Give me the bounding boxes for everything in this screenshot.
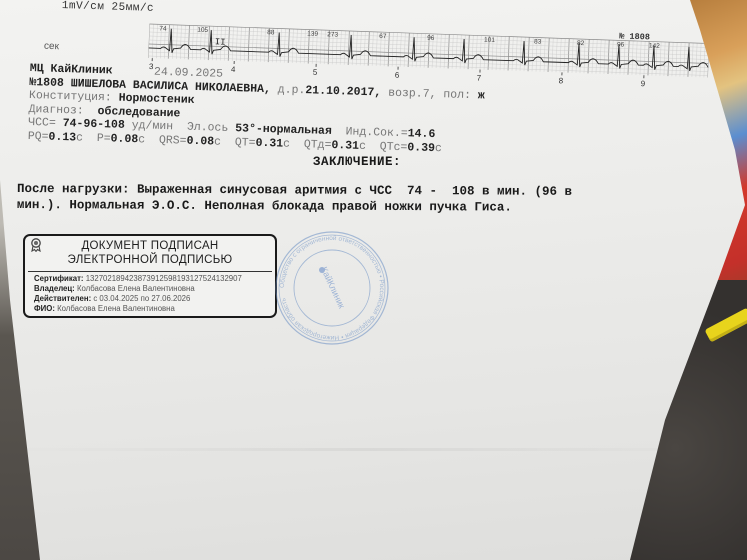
age: 7, bbox=[422, 87, 436, 100]
svg-text:96: 96 bbox=[427, 35, 435, 42]
validity-period: с 03.04.2025 по 27.06.2026 bbox=[93, 294, 190, 303]
electronic-signature-box: ДОКУМЕНТ ПОДПИСАН ЭЛЕКТРОННОЙ ПОДПИСЬЮ С… bbox=[23, 234, 277, 318]
svg-text:96: 96 bbox=[617, 41, 625, 48]
conclusion-line-2: мин.). Нормальная Э.О.С. Неполная блокад… bbox=[17, 197, 737, 217]
interval-qtд: QTд=0.31с bbox=[304, 138, 366, 153]
conclusion-title: ЗАКЛЮЧЕНИЕ: bbox=[313, 155, 401, 169]
conclusion-text: После нагрузки: Выраженная синусовая ари… bbox=[17, 181, 737, 217]
svg-text:101: 101 bbox=[484, 37, 495, 44]
interval-qtс: QTс=0.39с bbox=[380, 140, 442, 155]
svg-text:273: 273 bbox=[327, 31, 338, 38]
svg-text:82: 82 bbox=[577, 40, 585, 47]
svg-text:67: 67 bbox=[379, 33, 387, 40]
svg-text:105: 105 bbox=[197, 27, 208, 34]
paper-crease bbox=[0, 448, 747, 451]
clinic-stamp: Общество с ограниченной ответственностью… bbox=[272, 228, 392, 348]
signature-heading: ДОКУМЕНТ ПОДПИСАН ЭЛЕКТРОННОЙ ПОДПИСЬЮ bbox=[25, 239, 275, 267]
ecg-report-paper: 1mV/см 25мм/с 74105881392736796101838296… bbox=[0, 0, 747, 560]
interval-p: P=0.08с bbox=[97, 132, 146, 146]
fio-name: Колбасова Елена Валентиновна bbox=[57, 304, 175, 313]
svg-text:139: 139 bbox=[307, 31, 318, 38]
interval-qt: QT=0.31с bbox=[235, 136, 291, 151]
sex: ж bbox=[478, 89, 485, 102]
date-of-birth: 21.10.2017, bbox=[305, 84, 381, 99]
svg-text:9: 9 bbox=[641, 79, 646, 88]
record-number: №1808 bbox=[29, 75, 64, 89]
signature-divider bbox=[28, 271, 272, 272]
interval-qrs: QRS=0.08с bbox=[159, 133, 221, 148]
ecg-scale-header: 1mV/см 25мм/с bbox=[62, 0, 155, 15]
signature-details: Сертификат: 1327021894238739125981931275… bbox=[34, 274, 242, 314]
svg-text:74: 74 bbox=[159, 25, 167, 32]
svg-text:88: 88 bbox=[267, 29, 275, 36]
fio-row: ФИО: Колбасова Елена Валентиновна bbox=[34, 304, 242, 314]
owner-name: Колбасова Елена Валентиновна bbox=[77, 284, 195, 293]
sokolow-index: 14.6 bbox=[408, 127, 436, 141]
svg-text:№ 1808: № 1808 bbox=[619, 31, 650, 42]
svg-text:II: II bbox=[215, 37, 226, 47]
interval-pq: PQ=0.13с bbox=[28, 129, 84, 144]
heart-rate: 74-96-108 bbox=[63, 117, 125, 132]
svg-text:8: 8 bbox=[559, 76, 564, 85]
svg-text:83: 83 bbox=[534, 38, 542, 45]
exam-date: 24.09.2025 bbox=[154, 66, 223, 81]
svg-text:142: 142 bbox=[649, 42, 660, 49]
stamp-logo-text: КайКлиник bbox=[319, 265, 347, 310]
certificate-number: 132702189423873912598193127524132907 bbox=[86, 274, 242, 283]
validity-row: Действителен: с 03.04.2025 по 27.06.2026 bbox=[34, 294, 242, 304]
time-axis-label: сек bbox=[44, 41, 59, 53]
patient-info: МЦ КайКлиник 24.09.2025 №1808 ШИШЕЛОВА В… bbox=[28, 62, 486, 156]
certificate-row: Сертификат: 1327021894238739125981931275… bbox=[34, 274, 242, 284]
owner-row: Владелец: Колбасова Елена Валентиновна bbox=[34, 284, 242, 294]
